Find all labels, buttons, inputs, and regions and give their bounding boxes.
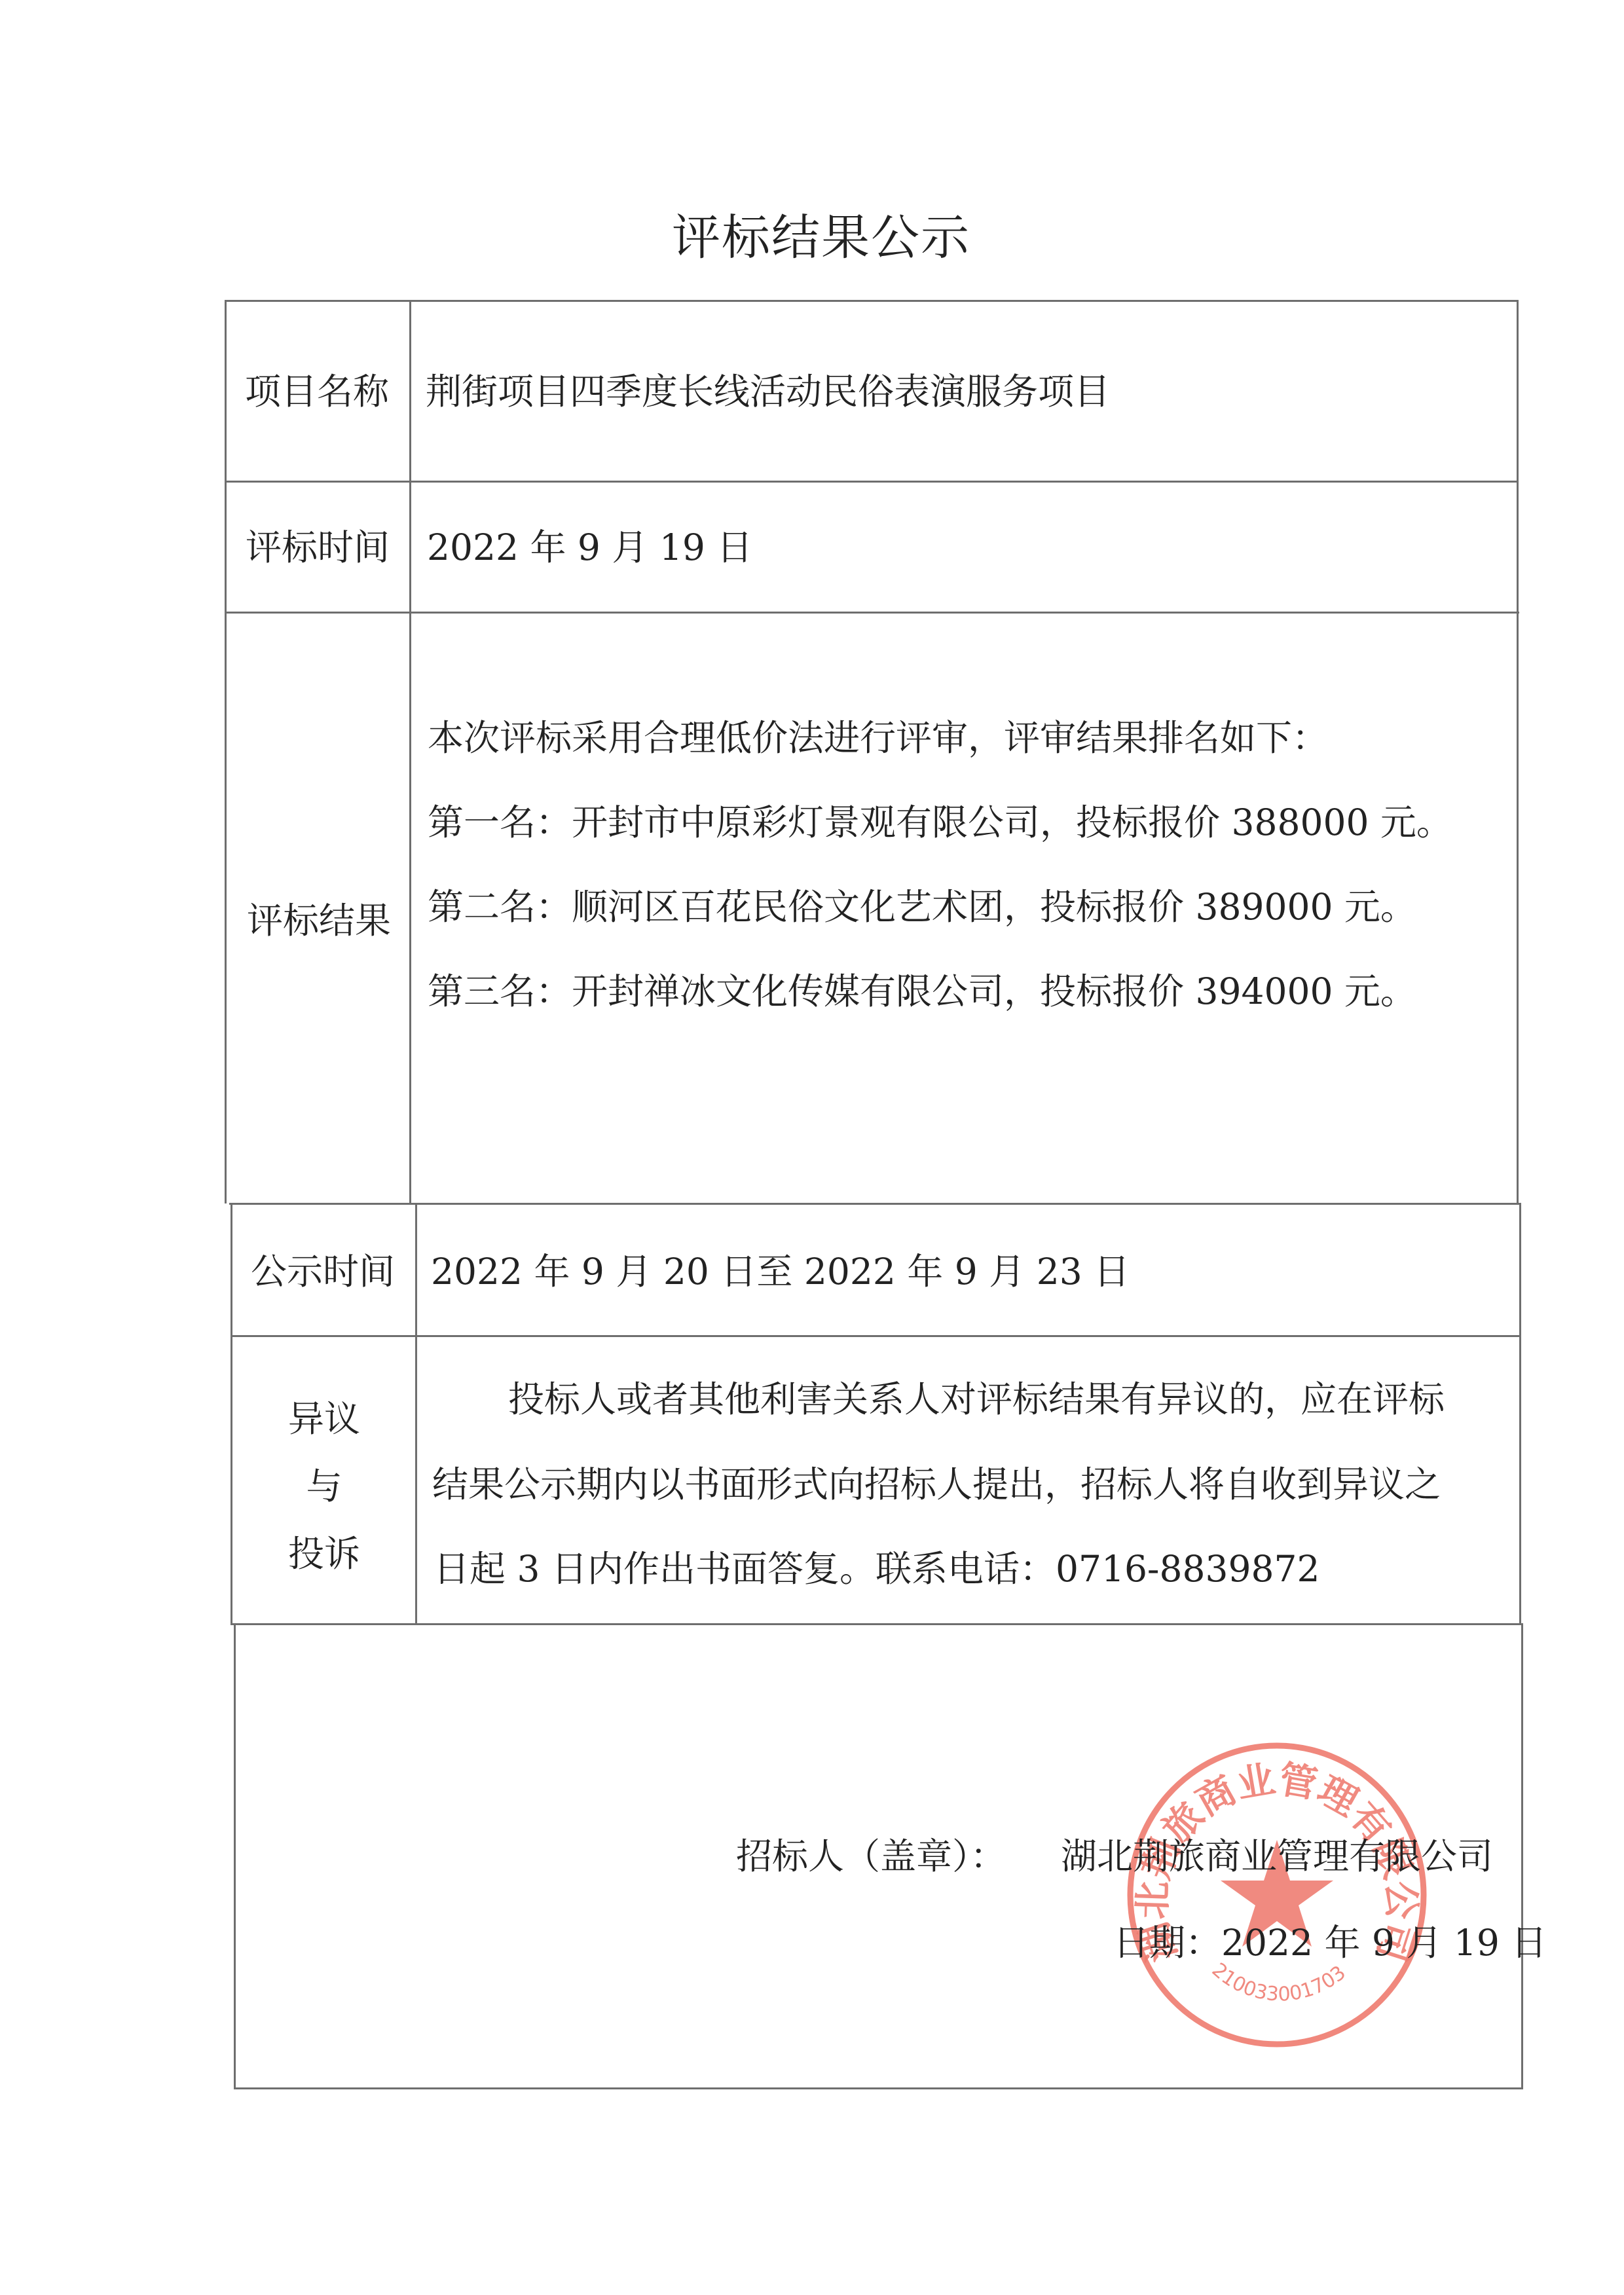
table-border-right bbox=[1521, 1623, 1523, 2089]
page-title: 评标结果公示 bbox=[0, 208, 1624, 267]
objection-text-line-1: 投标人或者其他利害关系人对评标结果有异议的，应在评标 bbox=[508, 1357, 1445, 1442]
result-intro: 本次评标采用合理低价法进行评审，评审结果排名如下： bbox=[428, 696, 1328, 780]
value-project-name: 荆街项目四季度长线活动民俗表演服务项目 bbox=[426, 372, 1110, 411]
table-border-right bbox=[1517, 300, 1519, 1203]
row-divider bbox=[231, 1335, 1521, 1337]
tenderer-label: 招标人（盖章）： bbox=[736, 1837, 1006, 1876]
label-publicity-period: 公示时间 bbox=[231, 1252, 415, 1291]
label-evaluation-time: 评标时间 bbox=[225, 528, 410, 567]
label-objection-line-3: 投诉 bbox=[232, 1534, 416, 1573]
row-divider bbox=[232, 1623, 1522, 1625]
label-objection-line-2: 与 bbox=[232, 1467, 416, 1506]
row-divider bbox=[225, 481, 1519, 483]
company-seal: 湖北荆旅商业管理有限公司 42100330017039 bbox=[1125, 1742, 1429, 2048]
value-evaluation-time: 2022 年 9 月 19 日 bbox=[427, 528, 752, 567]
label-objection-line-1: 异议 bbox=[232, 1399, 416, 1439]
value-publicity-period: 2022 年 9 月 20 日至 2022 年 9 月 23 日 bbox=[431, 1252, 1130, 1291]
objection-text-line-3: 日起 3 日内作出书面答复。联系电话：0716-8839872 bbox=[434, 1527, 1319, 1611]
table-border-left bbox=[225, 300, 227, 1203]
table-border-top bbox=[225, 300, 1517, 302]
ranking-item-3: 第三名：开封禅冰文化传媒有限公司，投标报价 394000 元。 bbox=[428, 949, 1416, 1034]
tenderer-name: 湖北荆旅商业管理有限公司 bbox=[1061, 1837, 1493, 1876]
table-border-left bbox=[234, 1623, 236, 2089]
table-border-bottom bbox=[234, 2087, 1523, 2089]
objection-text-line-2: 结果公示期内以书面形式向招标人提出，招标人将自收到异议之 bbox=[432, 1442, 1441, 1527]
row-divider bbox=[226, 612, 1519, 614]
signature-date: 日期：2022 年 9 月 19 日 bbox=[1113, 1923, 1504, 1962]
column-divider bbox=[409, 300, 411, 1203]
label-project-name: 项目名称 bbox=[225, 372, 409, 411]
row-divider bbox=[229, 1203, 1521, 1205]
ranking-item-2: 第二名：顺河区百花民俗文化艺术团，投标报价 389000 元。 bbox=[428, 865, 1416, 949]
ranking-item-1: 第一名：开封市中原彩灯景观有限公司，投标报价 388000 元。 bbox=[428, 780, 1452, 865]
table-border-right bbox=[1519, 1203, 1521, 1625]
label-evaluation-result: 评标结果 bbox=[227, 901, 411, 940]
